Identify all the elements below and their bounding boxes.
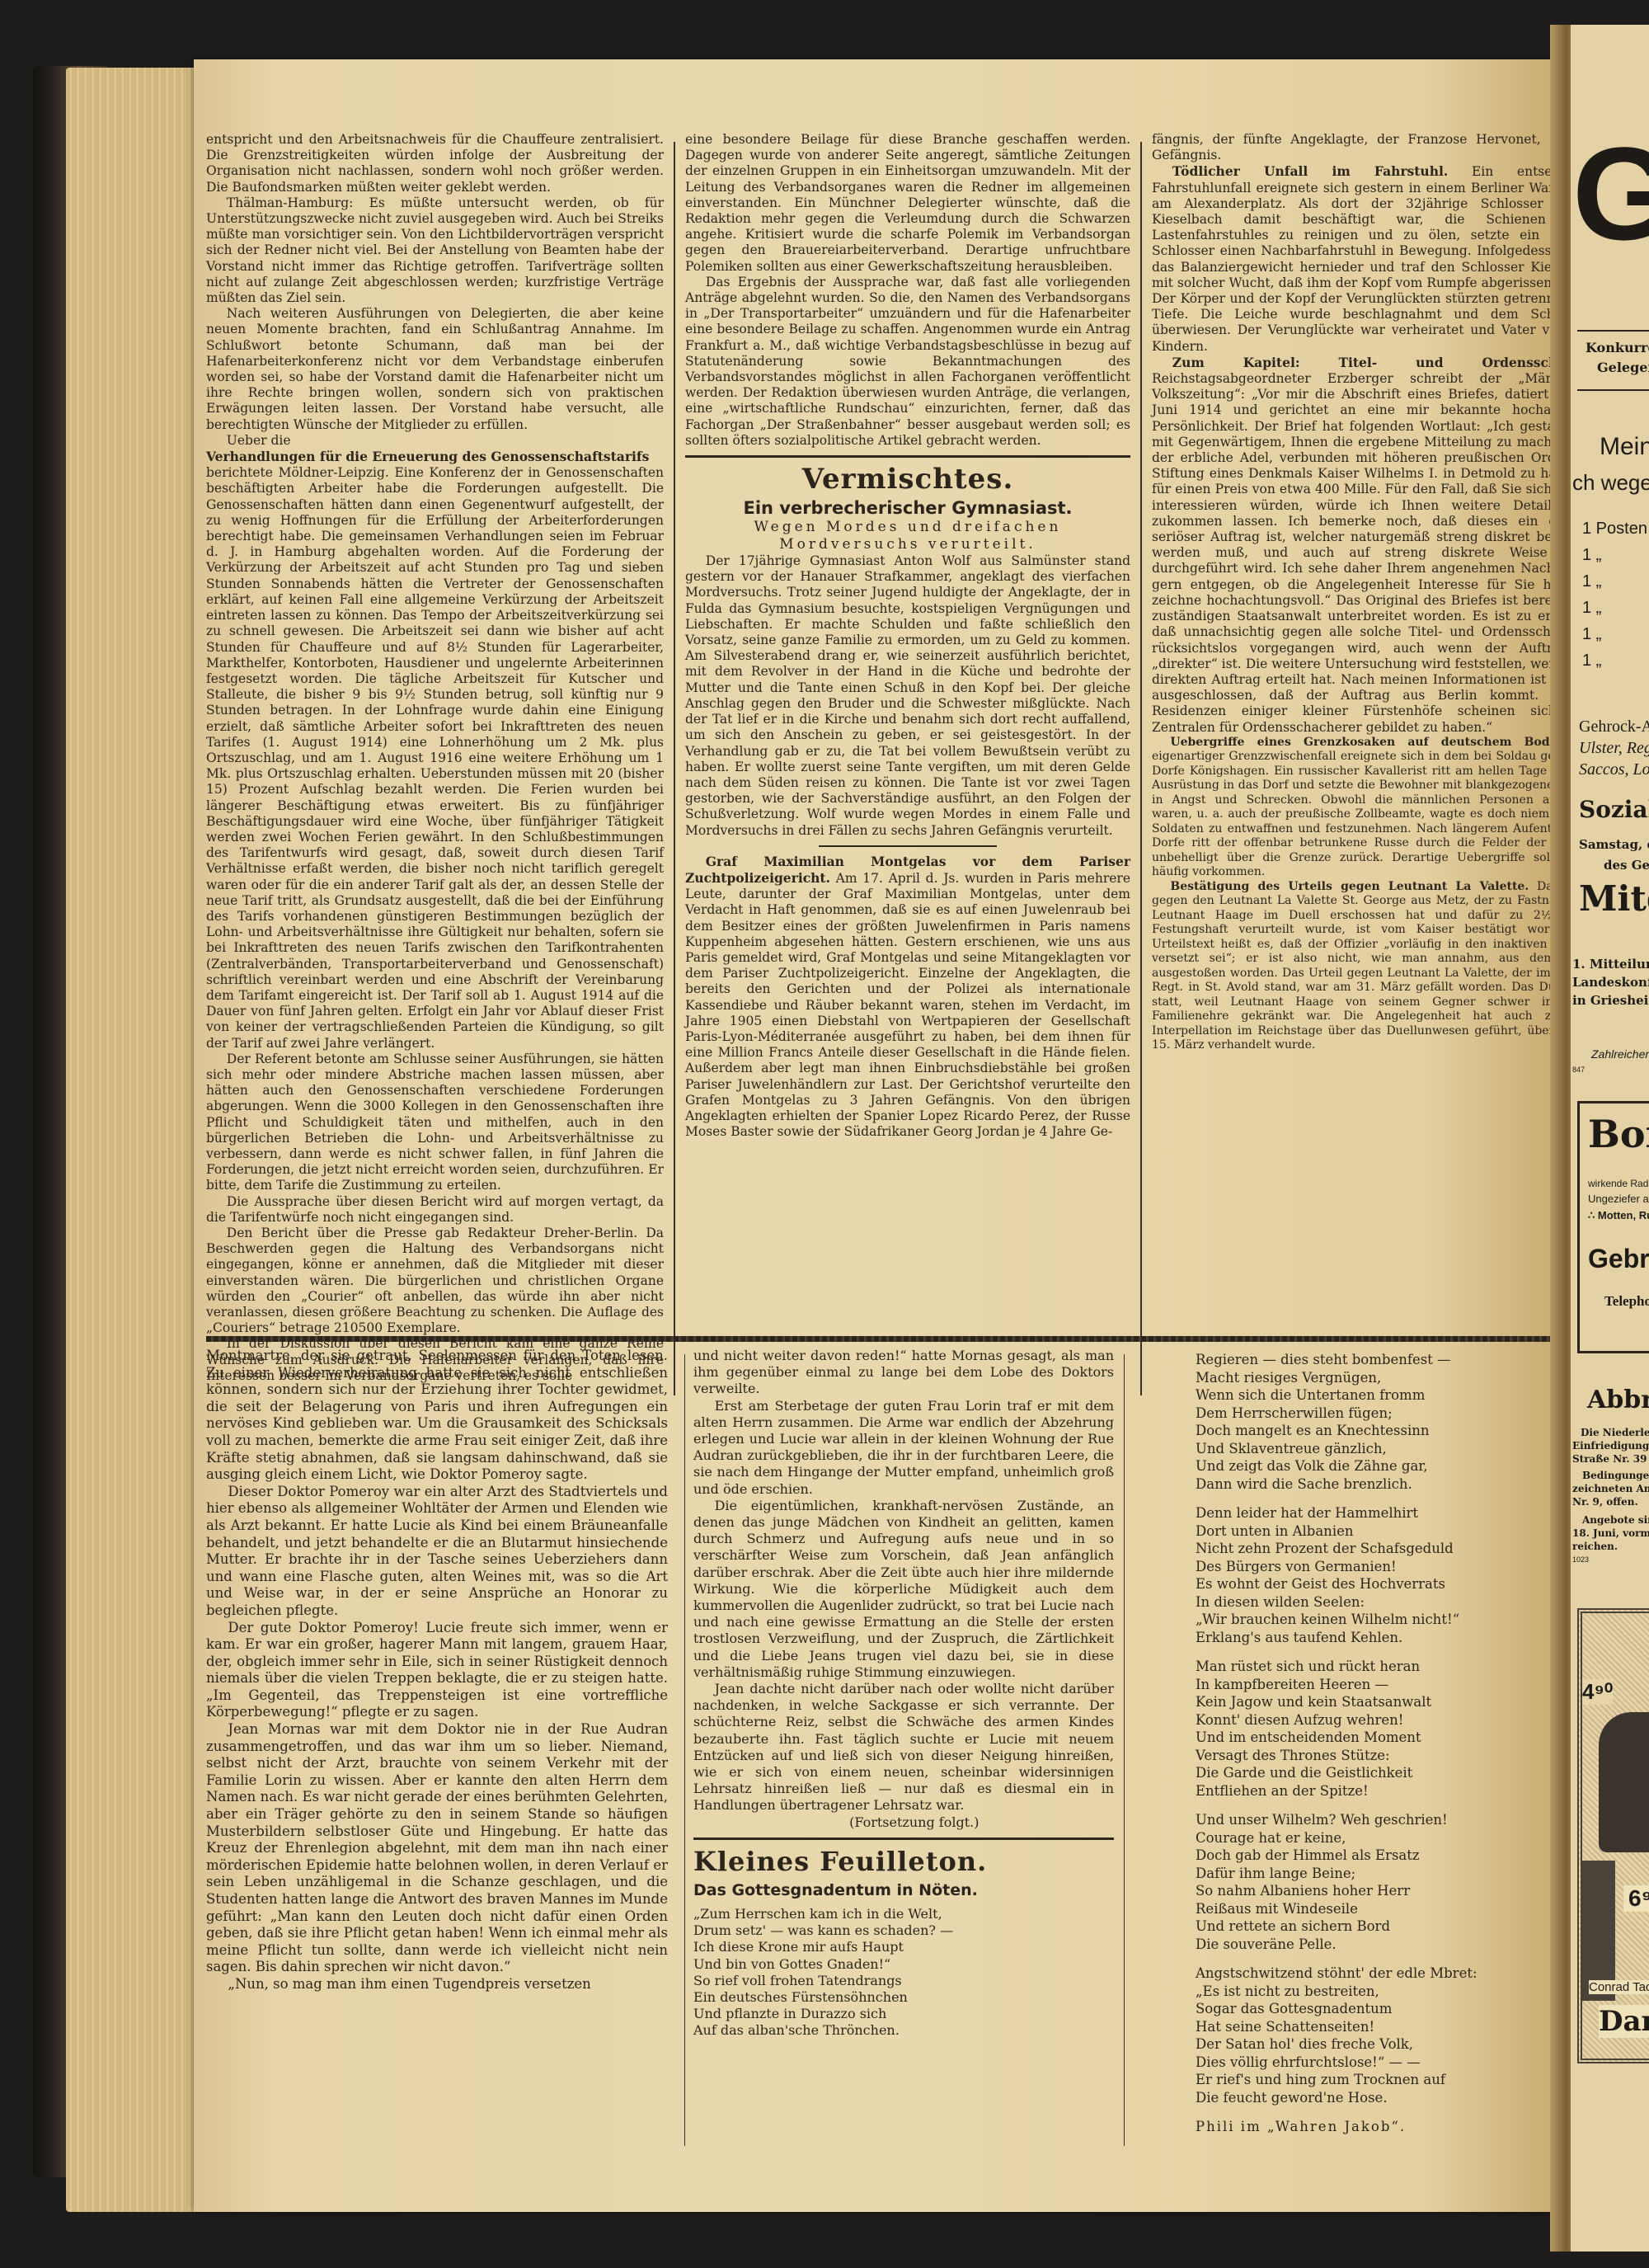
- paragraph: berichtete Möldner-Leipzig. Eine Konfere…: [206, 465, 664, 1052]
- column-divider: [674, 142, 675, 1395]
- section-title-kleines-feuilleton: Kleines Feuilleton.: [693, 1845, 1114, 1878]
- section-title-vermischtes: Vermischtes.: [685, 463, 1130, 496]
- column-divider: [1124, 1354, 1125, 2146]
- section-heading: Verhandlungen für die Erneuerung des Gen…: [206, 449, 664, 465]
- section-rule: [693, 1837, 1114, 1840]
- column-divider: [1140, 142, 1142, 1395]
- article-title: Ein verbrecherischer Gymnasiast.: [685, 497, 1130, 519]
- poem-signature: Phili im „Wahren Jakob“.: [1196, 2118, 1575, 2136]
- page-stack-edge: [66, 68, 198, 2212]
- paragraph: Dieser Doktor Pomeroy war ein alter Arzt…: [206, 1484, 668, 1620]
- paragraph: „Nun, so mag man ihm einen Tugendpreis v…: [206, 1976, 668, 1993]
- paragraph: Jean dachte nicht darüber nach oder woll…: [693, 1681, 1114, 1814]
- news-heading: Uebergriffe eines Grenzkosaken auf deuts…: [1170, 736, 1569, 749]
- column-3: fängnis, der fünfte Angeklagte, der Fran…: [1152, 132, 1601, 1053]
- news-item: Uebergriffe eines Grenzkosaken auf deuts…: [1152, 736, 1601, 880]
- poem-column: Regieren — dies steht bombenfest —Macht …: [1196, 1351, 1575, 2136]
- poem-title: Das Gottesgnadentum in Nöten.: [693, 1880, 1114, 1901]
- ad-mitglieder: Mitglie: [1579, 878, 1649, 919]
- news-heading: Bestätigung des Urteils gegen Leutnant L…: [1170, 880, 1529, 893]
- feuilleton-column-1: Montmartre, der sie getraut, Seelenmesse…: [206, 1348, 668, 1993]
- news-item: Zum Kapitel: Titel- und Ordensschacher. …: [1152, 355, 1601, 736]
- poem-stanza-3: Denn leider hat der HammelhirtDort unten…: [1196, 1504, 1575, 1646]
- paragraph: fängnis, der fünfte Angeklagte, der Fran…: [1152, 132, 1601, 163]
- paragraph: Der gute Doktor Pomeroy! Lucie freute si…: [206, 1620, 668, 1722]
- article-subtitle: Wegen Mordes und dreifachen Mordversuchs…: [685, 519, 1130, 553]
- paragraph: Thälman-Hamburg: Es müßte untersucht wer…: [206, 195, 664, 306]
- ad-abbruch: Abbrucha: [1587, 1386, 1649, 1414]
- ad-bom-box: Bom wirkende Radika Ungeziefer aller ∴ M…: [1577, 1101, 1649, 1353]
- paragraph: Den Bericht über die Presse gab Redakteu…: [206, 1226, 664, 1336]
- section-rule: [685, 455, 1130, 458]
- feuilleton-column-2: und nicht weiter davon reden!“ hatte Mor…: [693, 1348, 1114, 2040]
- paragraph: Der Referent betonte am Schlusse seiner …: [206, 1052, 664, 1194]
- paragraph: Nach weiteren Ausführungen von Delegiert…: [206, 306, 664, 433]
- paragraph: und nicht weiter davon reden!“ hatte Mor…: [693, 1348, 1114, 1398]
- column-divider: [684, 1354, 685, 2146]
- poem-stanza-4: Man rüstet sich und rückt heranIn kampfb…: [1196, 1658, 1575, 1800]
- ad-shoe-illustration: [1599, 1712, 1649, 1852]
- column-2: eine besondere Beilage für diese Branche…: [685, 132, 1130, 1140]
- ad-social-democrat: Sozialdemo: [1579, 796, 1649, 823]
- poem-stanza-5: Und unser Wilhelm? Weh geschrien!Courage…: [1196, 1811, 1575, 1953]
- paragraph: Montmartre, der sie getraut, Seelenmesse…: [206, 1348, 668, 1484]
- paragraph: Der 17jährige Gymnasiast Anton Wolf aus …: [685, 553, 1130, 839]
- paragraph: Jean Mornas war mit dem Doktor nie in de…: [206, 1721, 668, 1976]
- paragraph: eine besondere Beilage für diese Branche…: [685, 132, 1130, 275]
- news-item: Tödlicher Unfall im Fahrstuhl. Ein entse…: [1152, 163, 1601, 354]
- news-item: Bestätigung des Urteils gegen Leutnant L…: [1152, 880, 1601, 1053]
- poem-stanza-1: „Zum Herrschen kam ich in die Welt, Drum…: [693, 1906, 1114, 2040]
- ad-box: Konkurre Gelegen: [1577, 330, 1649, 391]
- paragraph: Die Aussprache über diesen Bericht wird …: [206, 1194, 664, 1226]
- paragraph: Ueber die: [206, 433, 664, 449]
- adjacent-page-ads: Gr Konkurre Gelegen Mein k ch wegen 1 Po…: [1571, 25, 1649, 2252]
- ad-shoe-box: 4⁹⁰ 6⁹ Conrad Tac Dar: [1577, 1608, 1649, 2063]
- paragraph: Das Ergebnis der Aussprache war, daß fas…: [685, 275, 1130, 449]
- poem-stanza-6: Angstschwitzend stöhnt' der edle Mbret:„…: [1196, 1965, 1575, 2106]
- news-heading: Zum Kapitel: Titel- und Ordensschacher.: [1172, 355, 1601, 370]
- paragraph: Die eigentümlichen, krankhaft-nervösen Z…: [693, 1498, 1114, 1681]
- newspaper-page: entspricht und den Arbeitsnachweis für d…: [194, 59, 1562, 2212]
- news-heading: Tödlicher Unfall im Fahrstuhl.: [1172, 163, 1448, 179]
- column-1: entspricht und den Arbeitsnachweis für d…: [206, 132, 664, 1384]
- paragraph: Erst am Sterbetage der guten Frau Lorin …: [693, 1398, 1114, 1498]
- paragraph: Graf Maximilian Montgelas vor dem Parise…: [685, 854, 1130, 1141]
- ad-headline-fragment: Gr: [1572, 132, 1649, 256]
- article-rule: [819, 845, 997, 847]
- continuation-note: (Fortsetzung folgt.): [693, 1814, 1114, 1831]
- poem-stanza-2: Regieren — dies steht bombenfest —Macht …: [1196, 1351, 1575, 1493]
- paragraph: entspricht und den Arbeitsnachweis für d…: [206, 132, 664, 195]
- feuilleton-separator: [206, 1336, 1608, 1342]
